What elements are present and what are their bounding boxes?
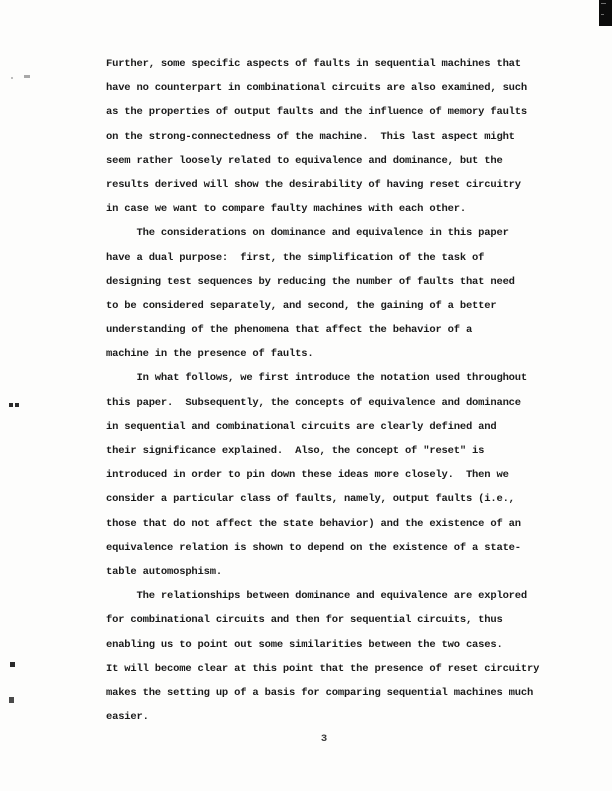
text-line: in case we want to compare faulty machin… — [106, 197, 566, 221]
text-line: consider a particular class of faults, n… — [106, 487, 566, 511]
text-line: designing test sequences by reducing the… — [106, 270, 566, 294]
text-line: for combinational circuits and then for … — [106, 608, 566, 632]
text-line: table automosphism. — [106, 560, 566, 584]
text-line: The relationships between dominance and … — [106, 584, 566, 608]
text-line: to be considered separately, and second,… — [106, 294, 566, 318]
text-line: machine in the presence of faults. — [106, 342, 566, 366]
text-line: equivalence relation is shown to depend … — [106, 536, 566, 560]
text-line: introduced in order to pin down these id… — [106, 463, 566, 487]
text-line: have no counterpart in combinational cir… — [106, 76, 566, 100]
text-line: Further, some specific aspects of faults… — [106, 52, 566, 76]
scan-speck — [601, 14, 604, 15]
text-line: in sequential and combinational circuits… — [106, 415, 566, 439]
text-line: those that do not affect the state behav… — [106, 512, 566, 536]
page-number: 3 — [106, 733, 542, 745]
text-line: understanding of the phenomena that affe… — [106, 318, 566, 342]
scan-artifact-corner-block — [599, 0, 612, 26]
text-line: In what follows, we first introduce the … — [106, 366, 566, 390]
scan-artifact-mark — [15, 403, 19, 407]
text-line: It will become clear at this point that … — [106, 657, 566, 681]
scan-artifact-mark — [9, 403, 13, 407]
text-line: The considerations on dominance and equi… — [106, 221, 566, 245]
scan-artifact-mark — [11, 77, 13, 79]
document-page: Further, some specific aspects of faults… — [0, 0, 612, 791]
scan-artifact-mark — [24, 75, 30, 78]
scan-artifact-mark — [9, 697, 14, 703]
text-line: makes the setting up of a basis for comp… — [106, 681, 566, 705]
text-line: results derived will show the desirabili… — [106, 173, 566, 197]
text-line: this paper. Subsequently, the concepts o… — [106, 391, 566, 415]
document-text: Further, some specific aspects of faults… — [106, 52, 566, 729]
text-line: have a dual purpose: first, the simplifi… — [106, 246, 566, 270]
text-line: as the properties of output faults and t… — [106, 100, 566, 124]
text-line: on the strong-connectedness of the machi… — [106, 125, 566, 149]
text-line: easier. — [106, 705, 566, 729]
text-line: seem rather loosely related to equivalen… — [106, 149, 566, 173]
scan-speck — [601, 3, 606, 4]
text-line: enabling us to point out some similariti… — [106, 633, 566, 657]
text-line: their significance explained. Also, the … — [106, 439, 566, 463]
scan-artifact-mark — [10, 662, 15, 667]
